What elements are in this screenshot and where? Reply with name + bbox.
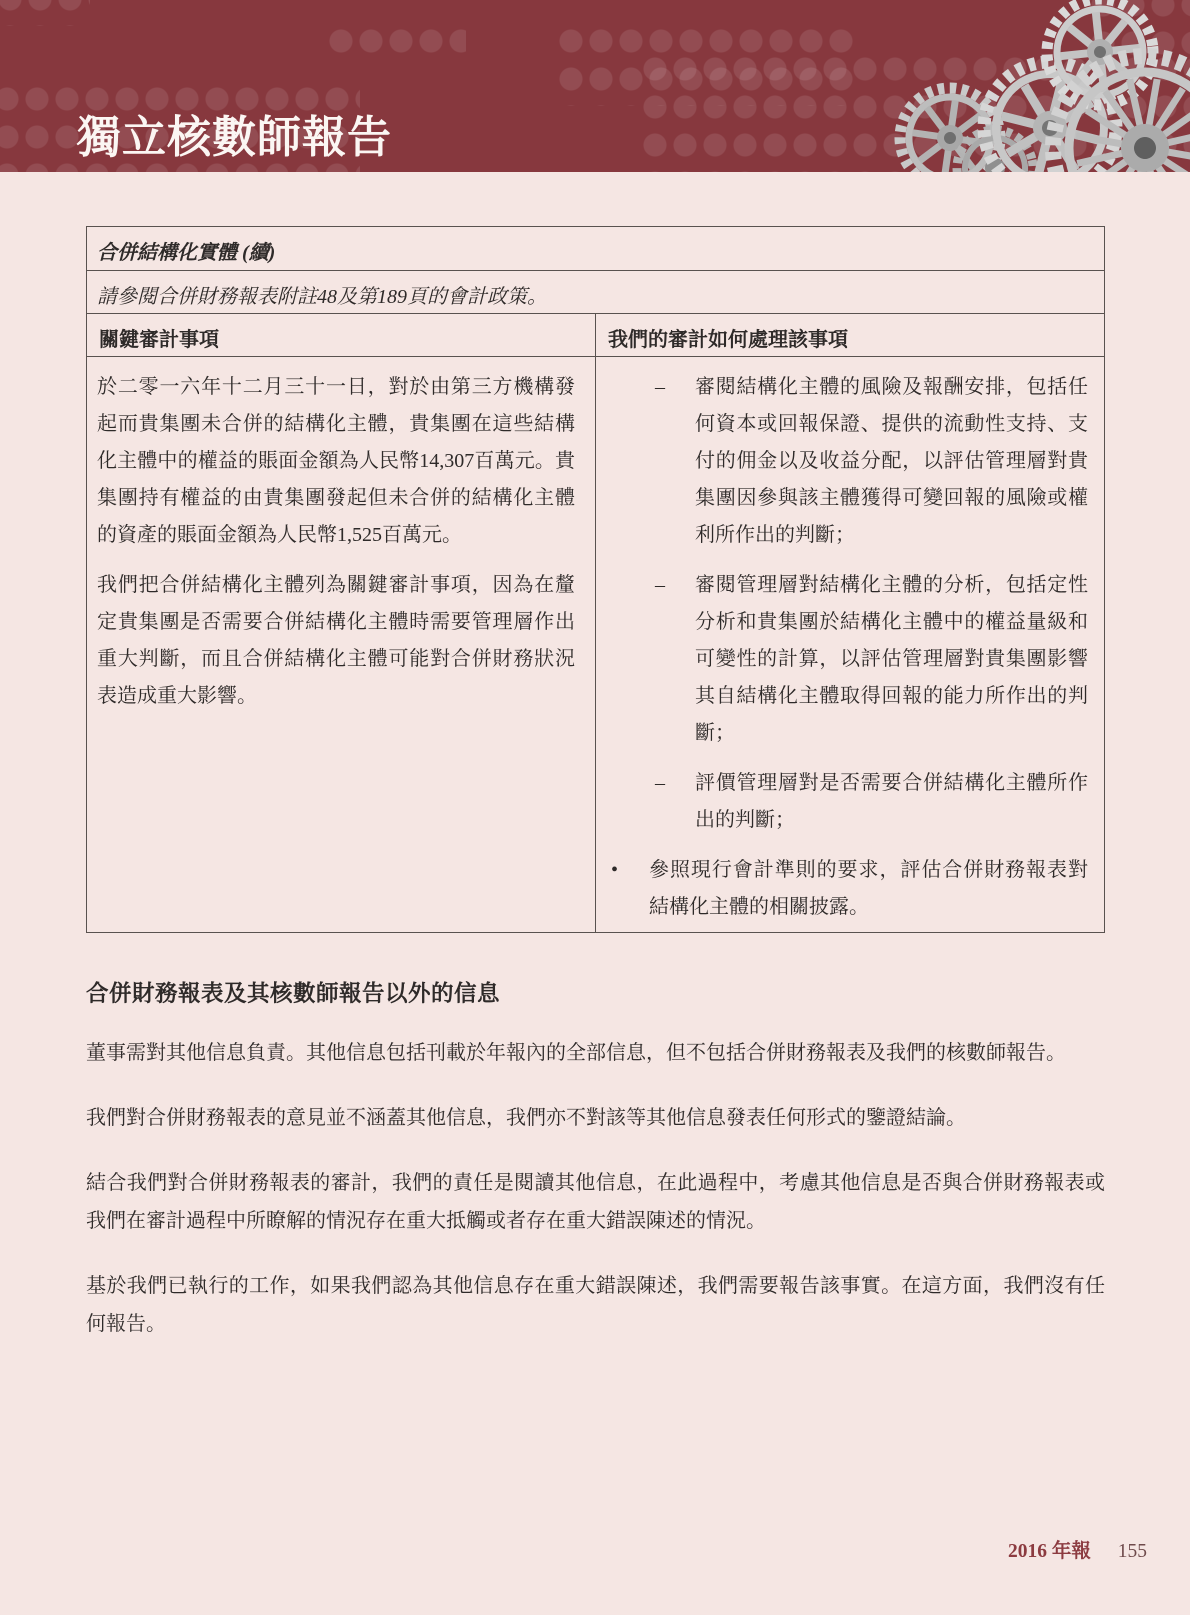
table-reference-note: 請參閱合併財務報表附註48及第189頁的會計政策。 [87, 271, 1105, 314]
dash-marker: – [655, 765, 695, 839]
audit-response-cell: – 審閱結構化主體的風險及報酬安排，包括任何資本或回報保證、提供的流動性支持、支… [596, 357, 1105, 933]
list-item-text: 評價管理層對是否需要合併結構化主體所作出的判斷； [695, 765, 1088, 839]
page-number: 155 [1118, 1541, 1147, 1562]
dash-marker: – [655, 369, 695, 554]
bullet-marker: • [611, 852, 649, 926]
page-header: 獨立核數師報告 [0, 0, 1190, 172]
dots-pattern [326, 26, 466, 66]
list-item-text: 審閱管理層對結構化主體的分析，包括定性分析和貴集團於結構化主體中的權益量級和可變… [695, 567, 1088, 752]
section-heading: 合併財務報表及其核數師報告以外的信息 [86, 976, 1105, 1008]
report-year-label: 2016 年報 [1008, 1541, 1091, 1562]
column-header-key-audit-matter: 關鍵審計事項 [87, 314, 596, 357]
matter-paragraph: 於二零一六年十二月三十一日，對於由第三方機構發起而貴集團未合併的結構化主體，貴集… [97, 369, 575, 554]
report-body: 合併結構化實體 (續) 請參閱合併財務報表附註48及第189頁的會計政策。 關鍵… [0, 226, 1190, 1343]
body-paragraph: 我們對合併財務報表的意見並不涵蓋其他信息，我們亦不對該等其他信息發表任何形式的鑒… [86, 1099, 1105, 1137]
list-item-text: 審閱結構化主體的風險及報酬安排，包括任何資本或回報保證、提供的流動性支持、支付的… [695, 369, 1088, 554]
table-section-title: 合併結構化實體 (續) [87, 227, 1105, 271]
list-item: – 審閱管理層對結構化主體的分析，包括定性分析和貴集團於結構化主體中的權益量級和… [611, 567, 1088, 752]
dots-pattern [0, 0, 90, 26]
page-title: 獨立核數師報告 [77, 116, 392, 160]
page-footer: 2016 年報 155 [1008, 1535, 1147, 1563]
report-page: 獨立核數師報告 合併結構化實體 (續) 請參閱合併財務報表附註48及第189頁的… [0, 0, 1190, 1615]
list-item: • 參照現行會計準則的要求，評估合併財務報表對結構化主體的相關披露。 [611, 852, 1088, 926]
body-paragraph: 董事需對其他信息負責。其他信息包括刊載於年報內的全部信息，但不包括合併財務報表及… [86, 1034, 1105, 1072]
matter-paragraph: 我們把合併結構化主體列為關鍵審計事項，因為在釐定貴集團是否需要合併結構化主體時需… [97, 567, 575, 715]
body-paragraph: 結合我們對合併財務報表的審計，我們的責任是閱讀其他信息，在此過程中，考慮其他信息… [86, 1164, 1105, 1240]
list-item: – 評價管理層對是否需要合併結構化主體所作出的判斷； [611, 765, 1088, 839]
key-audit-matters-table: 合併結構化實體 (續) 請參閱合併財務報表附註48及第189頁的會計政策。 關鍵… [86, 226, 1105, 933]
list-item: – 審閱結構化主體的風險及報酬安排，包括任何資本或回報保證、提供的流動性支持、支… [611, 369, 1088, 554]
column-header-audit-response: 我們的審計如何處理該事項 [596, 314, 1105, 357]
list-item-text: 參照現行會計準則的要求，評估合併財務報表對結構化主體的相關披露。 [649, 852, 1088, 926]
gears-icon [845, 0, 1190, 172]
body-paragraph: 基於我們已執行的工作，如果我們認為其他信息存在重大錯誤陳述，我們需要報告該事實。… [86, 1267, 1105, 1343]
key-audit-matter-cell: 於二零一六年十二月三十一日，對於由第三方機構發起而貴集團未合併的結構化主體，貴集… [87, 357, 596, 933]
dash-marker: – [655, 567, 695, 752]
